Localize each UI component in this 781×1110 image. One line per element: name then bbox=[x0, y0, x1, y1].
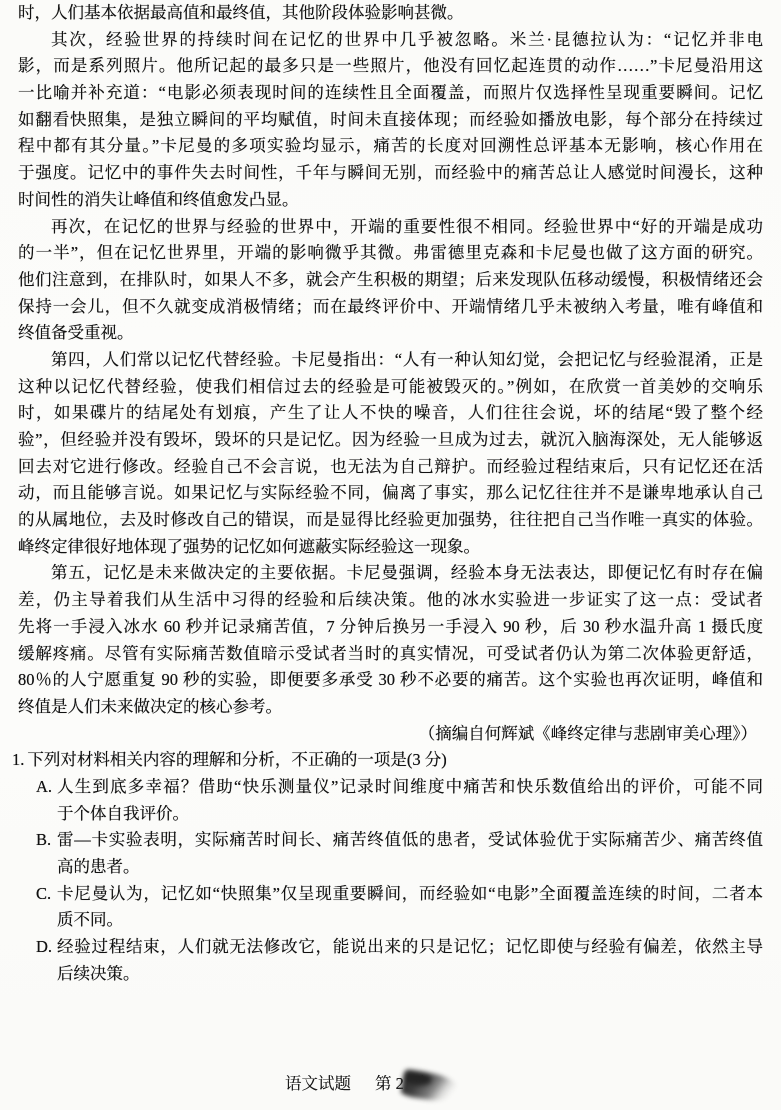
question-stem-text: 下列对材料相关内容的理解和分析，不正确的一项是(3 分) bbox=[27, 750, 446, 769]
option-line: C.卡尼曼认为，记忆如“快照集”仅呈现重要瞬间，而经验如“电影”全面覆盖连续的时… bbox=[18, 881, 763, 908]
passage-line: 回去对它进行修改。经验自己不会言说，也无法为自己辩护。而经验过程结束后，只有记忆… bbox=[18, 454, 763, 481]
passage-line: 时间性的消失让峰值和终值愈发凸显。 bbox=[18, 187, 763, 214]
passage-line: 保持一会儿，但不久就变成消极情绪；而在最终评价中、开端情绪几乎未被纳入考量，唯有… bbox=[18, 294, 763, 321]
question-stem: 1.下列对材料相关内容的理解和分析，不正确的一项是(3 分) bbox=[12, 747, 763, 774]
passage-line: 缓解疼痛。尽管有实际痛苦数值暗示受试者当时的真实情况，可受试者仍认为第二次体验更… bbox=[18, 641, 763, 668]
option-line: 后续决策。 bbox=[18, 961, 763, 988]
source-attribution: （摘编自何辉斌《峰终定律与悲剧审美心理》） bbox=[18, 721, 763, 748]
option-label: D. bbox=[36, 934, 52, 961]
option-line: B.雷—卡实验表明，实际痛苦时间长、痛苦终值低的患者，受试体验优于实际痛苦少、痛… bbox=[18, 827, 763, 854]
option-label: B. bbox=[36, 827, 51, 854]
passage-line: 其次，经验世界的持续时间在记忆的世界中几乎被忽略。米兰·昆德拉认为：“记忆并非电 bbox=[18, 27, 763, 54]
passage-line: 动，而且能够言说。如果记忆与实际经验不同，偏离了事实，那么记忆往往并不是谦卑地承… bbox=[18, 480, 763, 507]
question-number: 1. bbox=[12, 750, 24, 769]
exam-page: 时，人们基本依据最高值和最终值，其他阶段体验影响甚微。其次，经验世界的持续时间在… bbox=[0, 0, 781, 1110]
passage-line: 第四，人们常以记忆代替经验。卡尼曼指出：“人有一种认知幻觉，会把记忆与经验混淆，… bbox=[18, 347, 763, 374]
option-line: D.经验过程结束，人们就无法修改它，能说出来的只是记忆；记忆即使与经验有偏差，依… bbox=[18, 934, 763, 961]
option-line: 高的患者。 bbox=[18, 854, 763, 881]
option-line: A.人生到底多幸福？借助“快乐测量仪”记录时间维度中痛苦和快乐数值给出的评价，可… bbox=[18, 774, 763, 801]
passage-line: 的从属地位，去及时修改自己的错误，而是显得比经验更加强势，往往把自己当作唯一真实… bbox=[18, 507, 763, 534]
passage-line: 80％的人宁愿重复 90 秒的实验，即便要多承受 30 秒不必要的痛苦。这个实验… bbox=[18, 667, 763, 694]
passage-line: 时，如果碟片的结尾处有划痕，产生了让人不快的噪音，人们往往会说，坏的结尾“毁了整… bbox=[18, 400, 763, 427]
passage-line: 终值是人们未来做决定的核心参考。 bbox=[18, 694, 763, 721]
passage-line: 再次，在记忆的世界与经验的世界中，开端的重要性很不相同。经验世界中“好的开端是成… bbox=[18, 214, 763, 241]
passage-line: 于强度。记忆中的事件失去时间性，千年与瞬间无别，而经验中的痛苦总让人感觉时间漫长… bbox=[18, 160, 763, 187]
passage-line: 峰终定律很好地体现了强势的记忆如何遮蔽实际经验这一现象。 bbox=[18, 534, 763, 561]
passage-line: 程中都有其分量。”卡尼曼的多项实验均显示，痛苦的长度对回溯性总评基本无影响，核心… bbox=[18, 133, 763, 160]
passage-line: 如翻看快照集，是独立瞬间的平均赋值，时间未直接体现；而经验如播放电影，每个部分在… bbox=[18, 107, 763, 134]
option-label: C. bbox=[36, 881, 51, 908]
passage-line: 一比喻并补充道：“电影必须表现时间的连续性且全面覆盖，而照片仅选择性呈现重要瞬间… bbox=[18, 80, 763, 107]
footer-title: 语文试题 bbox=[285, 1071, 351, 1097]
passage-line: 终值备受重视。 bbox=[18, 320, 763, 347]
answer-options: A.人生到底多幸福？借助“快乐测量仪”记录时间维度中痛苦和快乐数值给出的评价，可… bbox=[18, 774, 763, 988]
passage: 时，人们基本依据最高值和最终值，其他阶段体验影响甚微。其次，经验世界的持续时间在… bbox=[18, 0, 763, 721]
passage-line: 的一半”，但在记忆世界里，开端的影响微乎其微。弗雷德里克森和卡尼曼也做了这方面的… bbox=[18, 240, 763, 267]
option-line: 于个体自我评价。 bbox=[18, 801, 763, 828]
ink-smudge-artifact bbox=[400, 1069, 460, 1104]
passage-line: 第五，记忆是未来做决定的主要依据。卡尼曼强调，经验本身无法表达，即便记忆有时存在… bbox=[18, 560, 763, 587]
passage-line: 先将一手浸入冰水 60 秒并记录痛苦值，7 分钟后换另一手浸入 90 秒，后 3… bbox=[18, 614, 763, 641]
passage-line: 他们注意到，在排队时，如果人不多，就会产生积极的期望；后来发现队伍移动缓慢，积极… bbox=[18, 267, 763, 294]
option-label: A. bbox=[36, 774, 52, 801]
option-line: 质不同。 bbox=[18, 907, 763, 934]
passage-line: 验”，但经验并没有毁坏，毁坏的只是记忆。因为经验一旦成为过去，就沉入脑海深处，无… bbox=[18, 427, 763, 454]
passage-line: 影，而是系列照片。他所记起的最多只是一些照片，他没有回忆起连贯的动作……”卡尼曼… bbox=[18, 53, 763, 80]
passage-line: 这种以记忆代替经验，使我们相信过去的经验是可能被毁灭的。”例如，在欣赏一首美妙的… bbox=[18, 374, 763, 401]
passage-line: 时，人们基本依据最高值和最终值，其他阶段体验影响甚微。 bbox=[18, 0, 763, 27]
passage-line: 差，仍主导着我们从生活中习得的经验和后续决策。他的冰水实验进一步证实了这一点：受… bbox=[18, 587, 763, 614]
